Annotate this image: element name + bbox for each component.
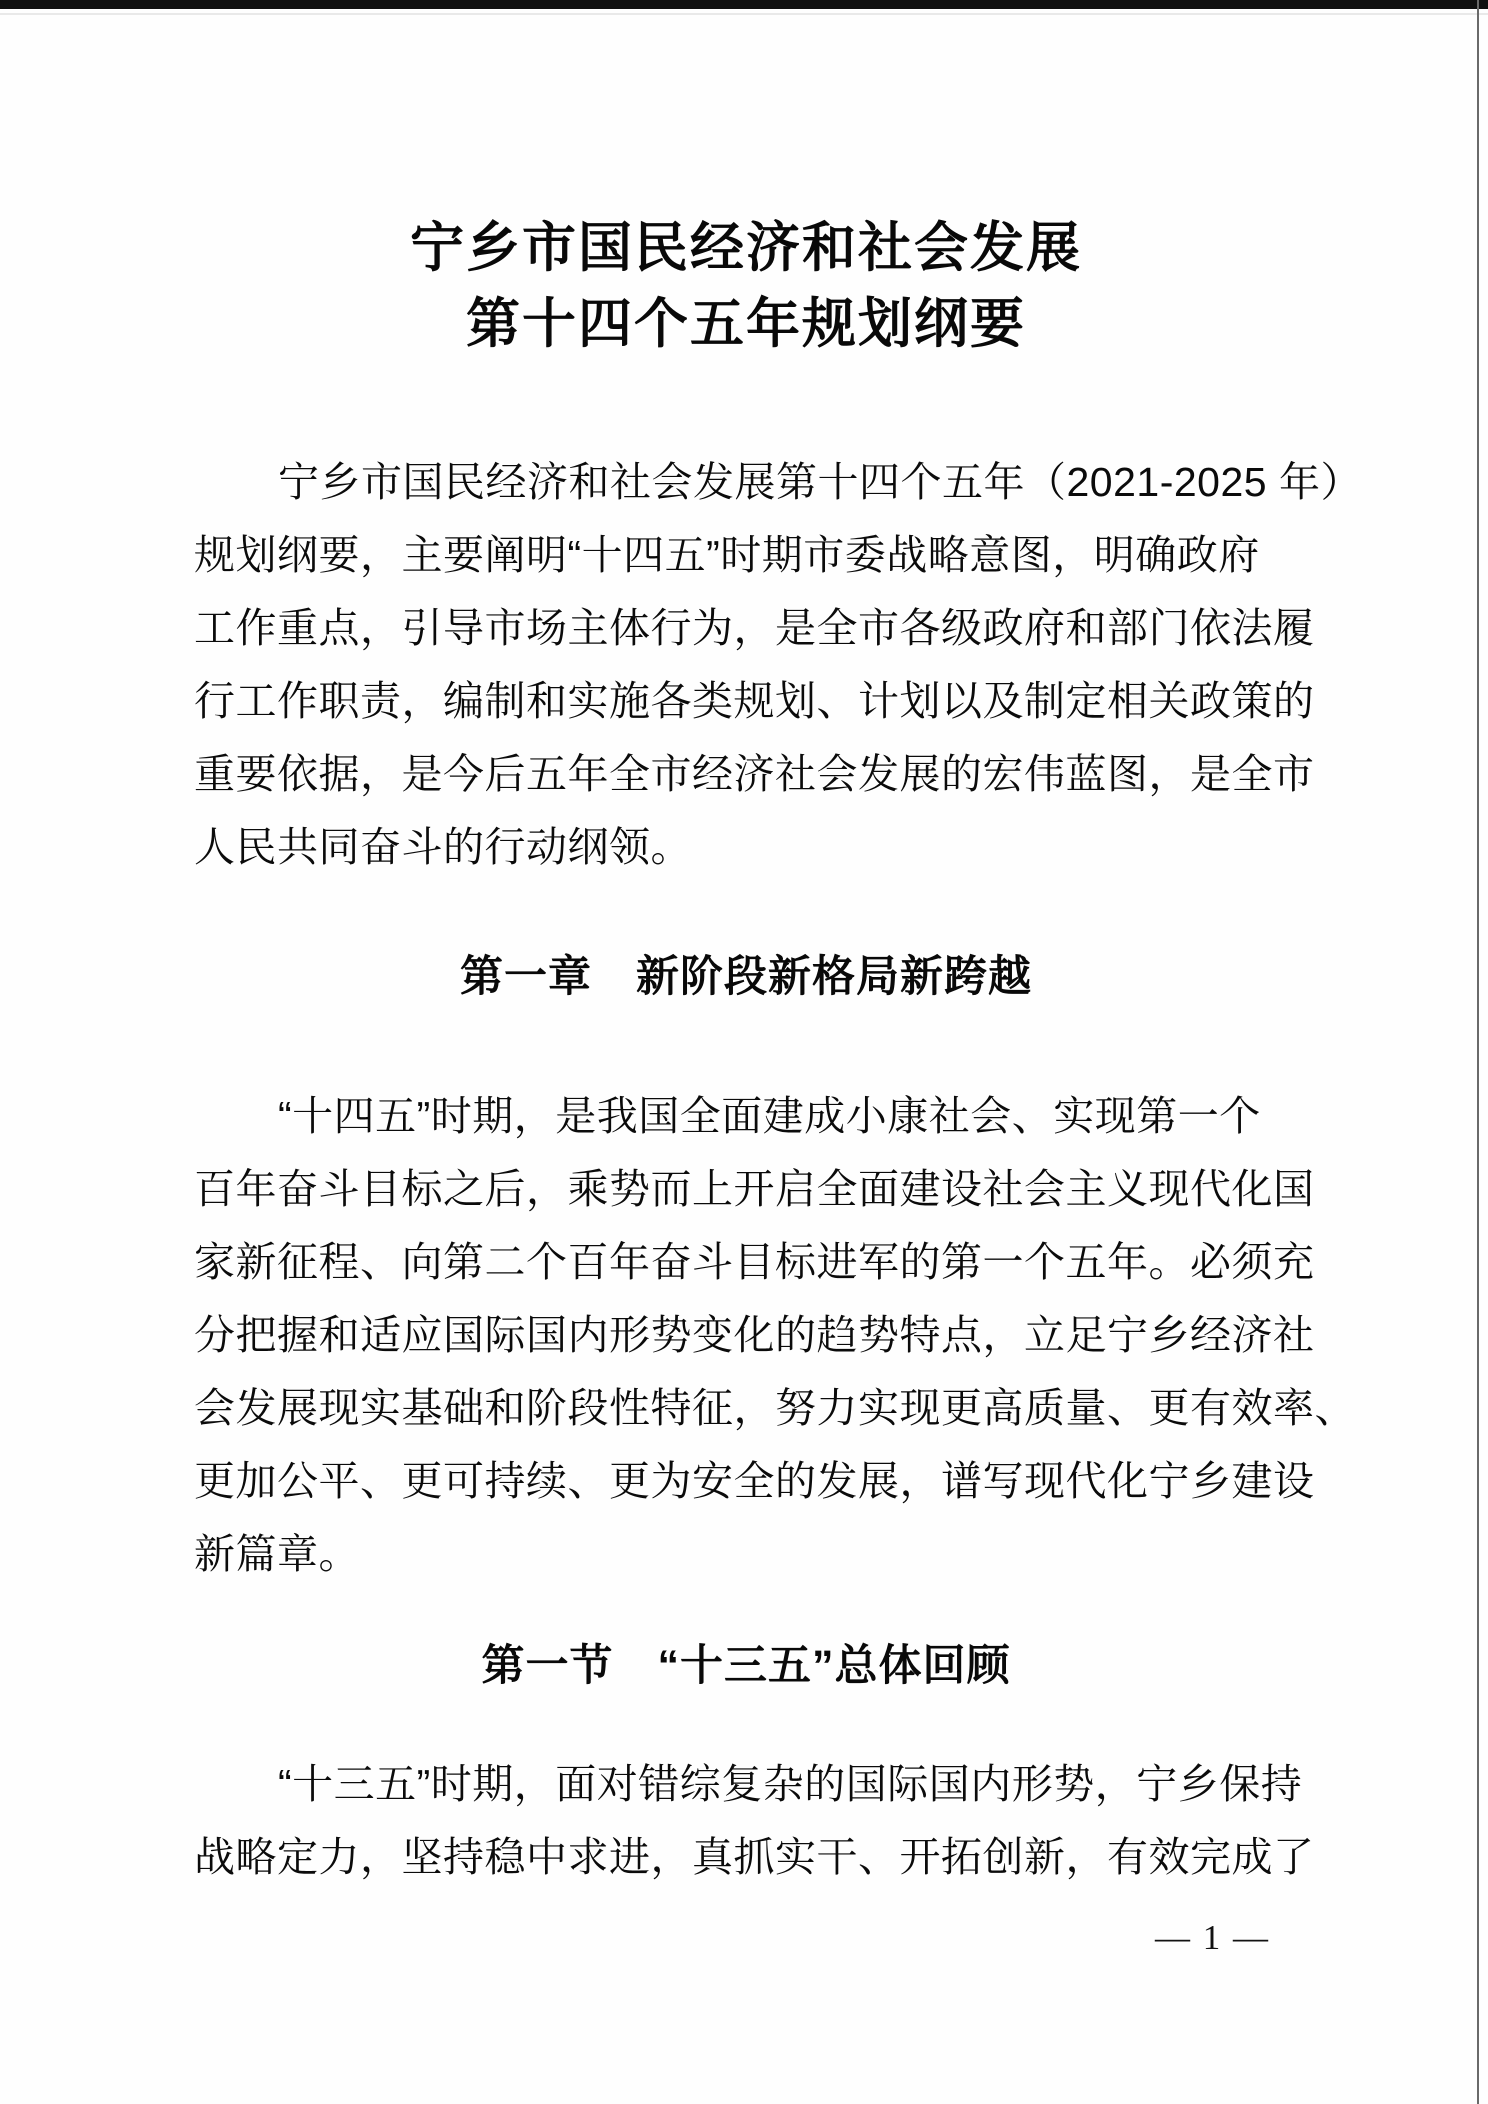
scan-edge-top-faint (0, 13, 1488, 15)
paragraph-line: 分把握和适应国际国内形势变化的趋势特点，立足宁乡经济社 (194, 1299, 1304, 1372)
paragraph-section1: “十三五”时期，面对错综复杂的国际国内形势，宁乡保持 战略定力，坚持稳中求进，真… (194, 1748, 1304, 1894)
paragraph-line: 会发展现实基础和阶段性特征，努力实现更高质量、更有效率、 (194, 1372, 1304, 1445)
document-title-line-1: 宁乡市国民经济和社会发展 (194, 210, 1298, 286)
paragraph-line: 更加公平、更可持续、更为安全的发展，谱写现代化宁乡建设 (194, 1445, 1304, 1518)
paragraph-line: “十四五”时期，是我国全面建成小康社会、实现第一个 (194, 1080, 1304, 1153)
paragraph-line: “十三五”时期，面对错综复杂的国际国内形势，宁乡保持 (194, 1748, 1304, 1821)
paragraph-line: 人民共同奋斗的行动纲领。 (194, 811, 1304, 884)
paragraph-chapter1: “十四五”时期，是我国全面建成小康社会、实现第一个 百年奋斗目标之后，乘势而上开… (194, 1080, 1304, 1591)
paragraph-line: 工作重点，引导市场主体行为，是全市各级政府和部门依法履 (194, 592, 1304, 665)
paragraph-line: 战略定力，坚持稳中求进，真抓实干、开拓创新，有效完成了 (194, 1821, 1304, 1894)
page-number: — 1 — (194, 1918, 1270, 1958)
document-page: 宁乡市国民经济和社会发展 第十四个五年规划纲要 宁乡市国民经济和社会发展第十四个… (0, 0, 1488, 2104)
paragraph-line: 宁乡市国民经济和社会发展第十四个五年（2021-2025 年） (194, 446, 1304, 519)
paragraph-line: 规划纲要，主要阐明“十四五”时期市委战略意图，明确政府 (194, 519, 1304, 592)
paragraph-line: 家新征程、向第二个百年奋斗目标进军的第一个五年。必须充 (194, 1226, 1304, 1299)
document-title-line-2: 第十四个五年规划纲要 (194, 286, 1298, 362)
paragraph-line: 百年奋斗目标之后，乘势而上开启全面建设社会主义现代化国 (194, 1153, 1304, 1226)
scan-edge-top (0, 0, 1488, 9)
section-1-heading: 第一节 “十三五”总体回顾 (194, 1630, 1298, 1703)
scan-edge-right (1477, 0, 1479, 2104)
document-title: 宁乡市国民经济和社会发展 第十四个五年规划纲要 (194, 210, 1298, 362)
paragraph-intro: 宁乡市国民经济和社会发展第十四个五年（2021-2025 年） 规划纲要，主要阐… (194, 446, 1304, 884)
paragraph-line: 新篇章。 (194, 1518, 1304, 1591)
paragraph-line: 行工作职责，编制和实施各类规划、计划以及制定相关政策的 (194, 665, 1304, 738)
chapter-1-heading: 第一章 新阶段新格局新跨越 (194, 941, 1298, 1014)
paragraph-line: 重要依据，是今后五年全市经济社会发展的宏伟蓝图，是全市 (194, 738, 1304, 811)
